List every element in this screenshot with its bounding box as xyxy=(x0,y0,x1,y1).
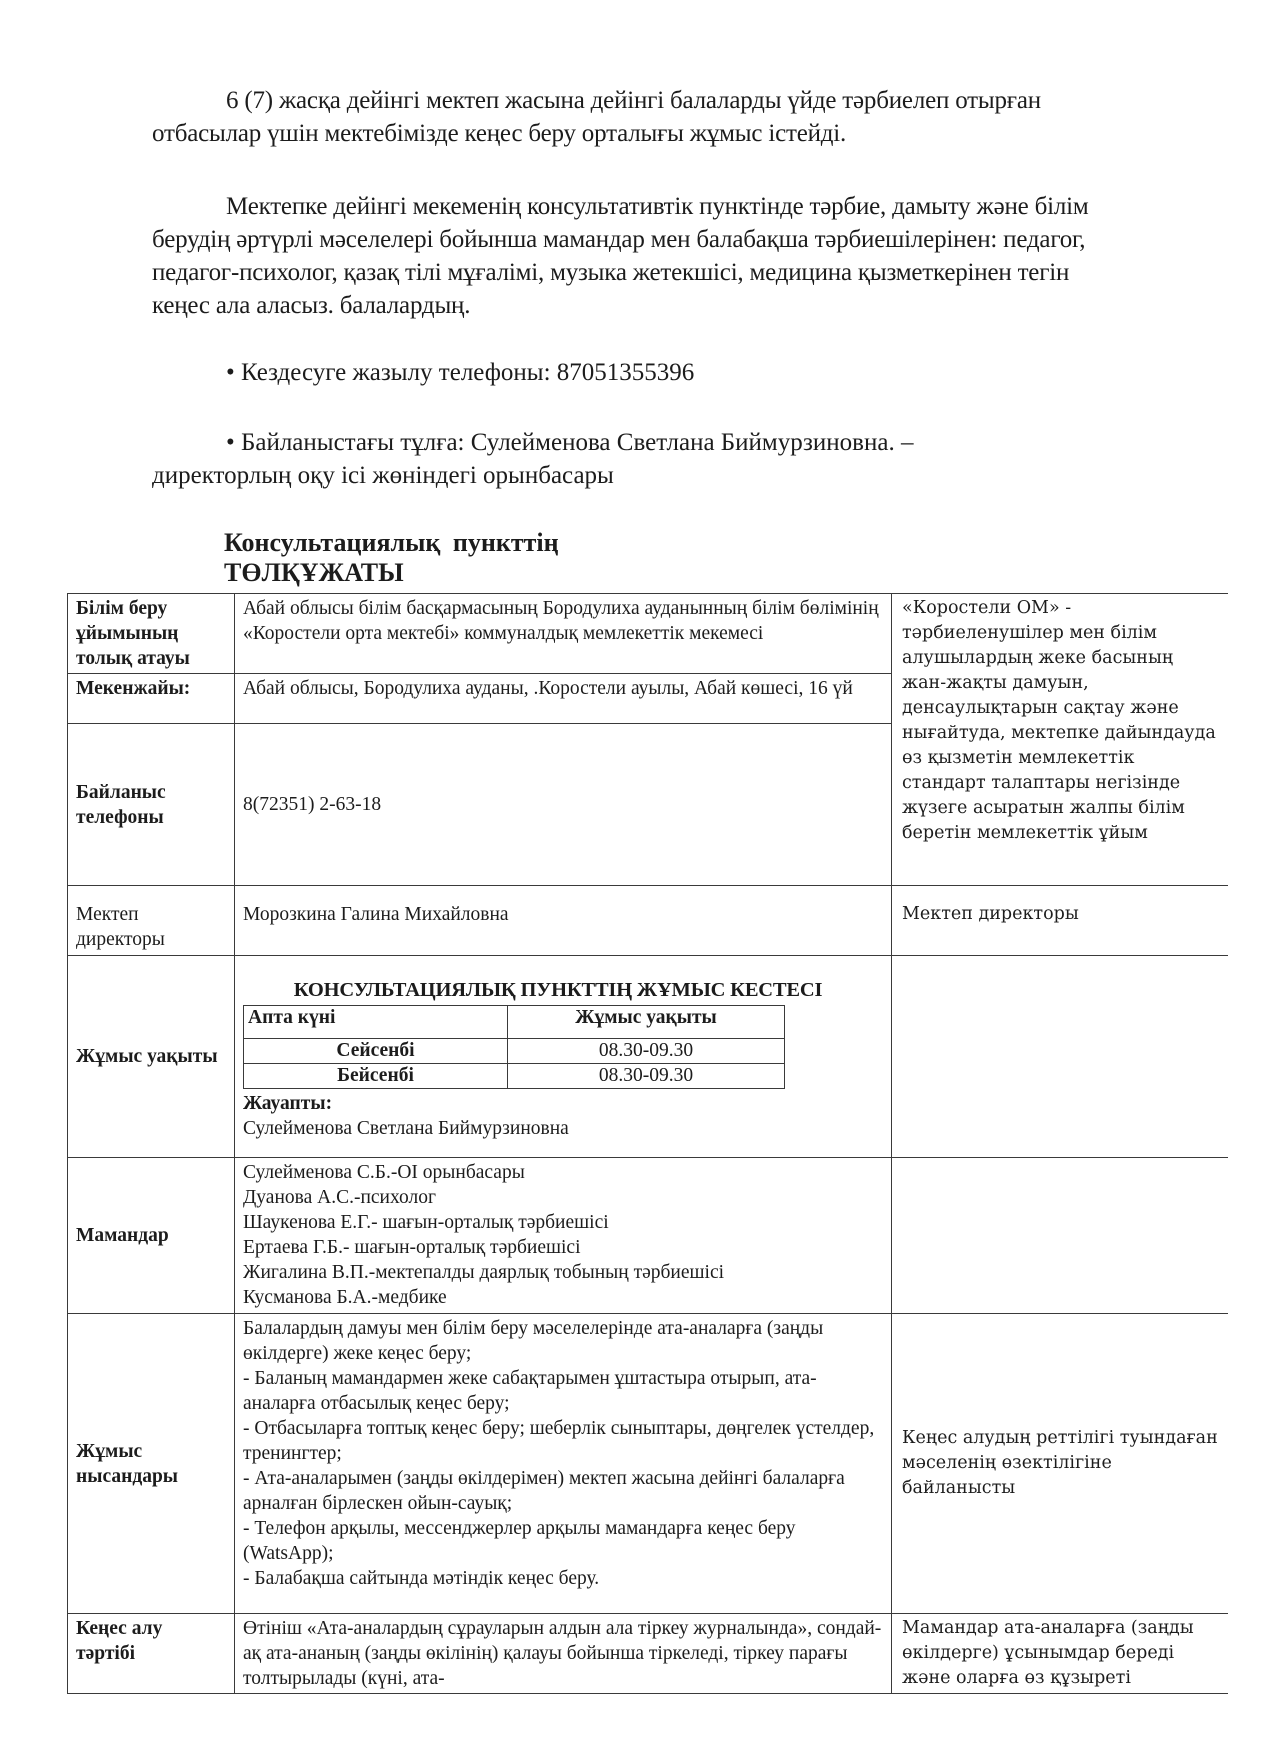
work-form-item: - Ата-аналарымен (заңды өкілдерімен) мек… xyxy=(243,1466,883,1516)
schedule-header-day: Апта күні xyxy=(244,1006,508,1039)
work-form-item: - Отбасыларға топтық кеңес беру; шеберлі… xyxy=(243,1416,883,1466)
note-work-forms: Кеңес алудың реттілігі туындаған мәселен… xyxy=(892,1314,1229,1614)
label-work-time: Жұмыс уақыты xyxy=(68,956,235,1158)
schedule-row: Бейсенбі 08.30-09.30 xyxy=(244,1064,785,1089)
specialist-item: Кусманова Б.А.-медбике xyxy=(243,1285,883,1310)
specialist-item: Ертаева Г.Б.- шағын-орталық тәрбиешісі xyxy=(243,1235,883,1260)
label-phone: Байланыс телефоны xyxy=(68,724,235,886)
responsible-label: Жауапты: xyxy=(243,1091,883,1116)
schedule-table: Апта күні Жұмыс уақыты Сейсенбі 08.30-09… xyxy=(243,1005,785,1089)
specialist-item: Шаукенова Е.Г.- шағын-орталық тәрбиешісі xyxy=(243,1210,883,1235)
intro-paragraph-1: 6 (7) жасқа дейінгі мектеп жасына дейінг… xyxy=(152,84,1112,150)
label-director: Мектеп директоры xyxy=(68,886,235,956)
value-director: Морозкина Галина Михайловна xyxy=(235,886,892,956)
table-row-specialists: Мамандар Сулейменова С.Б.-ОІ орынбасары … xyxy=(68,1158,1229,1314)
label-work-forms: Жұмыс нысандары xyxy=(68,1314,235,1614)
table-row-org-name: Білім беру ұйымының толық атауы Абай обл… xyxy=(68,594,1229,674)
value-specialists: Сулейменова С.Б.-ОІ орынбасары Дуанова А… xyxy=(235,1158,892,1314)
work-form-item: - Баланың мамандармен жеке сабақтарымен … xyxy=(243,1366,883,1416)
value-work-forms: Балалардың дамуы мен білім беру мәселеле… xyxy=(235,1314,892,1614)
work-form-item: - Балабақша сайтында мәтіндік кеңес беру… xyxy=(243,1566,883,1591)
table-row-work-forms: Жұмыс нысандары Балалардың дамуы мен біл… xyxy=(68,1314,1229,1614)
passport-table: Білім беру ұйымының толық атауы Абай обл… xyxy=(67,593,1228,1694)
specialist-item: Дуанова А.С.-психолог xyxy=(243,1185,883,1210)
label-consultation-order: Кеңес алу тәртібі xyxy=(68,1614,235,1694)
schedule-day: Бейсенбі xyxy=(244,1064,508,1089)
contact-person: • Байланыстағы тұлға: Сулейменова Светла… xyxy=(226,426,913,459)
schedule-time: 08.30-09.30 xyxy=(508,1039,785,1064)
work-form-item: Балалардың дамуы мен білім беру мәселеле… xyxy=(243,1316,883,1366)
responsible-name: Сулейменова Светлана Биймурзиновна xyxy=(243,1116,883,1141)
value-consultation-order: Өтініш «Ата-аналардың сұрауларын алдын а… xyxy=(235,1614,892,1694)
document-title-line-2: ТӨЛҚҰЖАТЫ xyxy=(224,558,559,588)
schedule-header-time: Жұмыс уақыты xyxy=(508,1006,785,1039)
value-address: Абай облысы, Бородулиха ауданы, .Коросте… xyxy=(235,674,892,724)
note-director: Мектеп директоры xyxy=(892,886,1229,956)
schedule-title: КОНСУЛЬТАЦИЯЛЫҚ ПУНКТТІҢ ЖҰМЫС КЕСТЕСІ xyxy=(243,978,883,1003)
specialist-item: Сулейменова С.Б.-ОІ орынбасары xyxy=(243,1160,883,1185)
note-work-time-empty xyxy=(892,956,1229,1158)
schedule-header-row: Апта күні Жұмыс уақыты xyxy=(244,1006,785,1039)
document-title-line-1: Консультациялық пункттің xyxy=(224,528,559,558)
intro-paragraph-2: Мектепке дейінгі мекеменің консультативт… xyxy=(152,190,1112,322)
note-specialists-empty xyxy=(892,1158,1229,1314)
schedule-time: 08.30-09.30 xyxy=(508,1064,785,1089)
document-title: Консультациялық пункттің ТӨЛҚҰЖАТЫ xyxy=(224,528,559,588)
work-form-item: - Телефон арқылы, мессенджерлер арқылы м… xyxy=(243,1516,883,1566)
value-org-name: Абай облысы білім басқармасының Бородули… xyxy=(235,594,892,674)
contact-role: директорлың оқу ісі жөніндегі орынбасары xyxy=(152,459,614,492)
value-phone: 8(72351) 2-63-18 xyxy=(235,724,892,886)
table-row-consultation-order: Кеңес алу тәртібі Өтініш «Ата-аналардың … xyxy=(68,1614,1229,1694)
schedule-day: Сейсенбі xyxy=(244,1039,508,1064)
note-consultation-order: Мамандар ата-аналарға (заңды өкілдерге) … xyxy=(892,1614,1229,1694)
label-org-name: Білім беру ұйымының толық атауы xyxy=(68,594,235,674)
appointment-phone: • Кездесуге жазылу телефоны: 87051355396 xyxy=(226,356,694,389)
table-row-director: Мектеп директоры Морозкина Галина Михайл… xyxy=(68,886,1229,956)
specialist-item: Жигалина В.П.-мектепалды даярлық тобының… xyxy=(243,1260,883,1285)
table-row-work-time: Жұмыс уақыты КОНСУЛЬТАЦИЯЛЫҚ ПУНКТТІҢ ЖҰ… xyxy=(68,956,1229,1158)
value-work-time: КОНСУЛЬТАЦИЯЛЫҚ ПУНКТТІҢ ЖҰМЫС КЕСТЕСІ А… xyxy=(235,956,892,1158)
label-specialists: Мамандар xyxy=(68,1158,235,1314)
label-address: Мекенжайы: xyxy=(68,674,235,724)
side-note-org-description: «Коростели ОМ» - тәрбиеленушілер мен біл… xyxy=(892,594,1229,886)
schedule-row: Сейсенбі 08.30-09.30 xyxy=(244,1039,785,1064)
